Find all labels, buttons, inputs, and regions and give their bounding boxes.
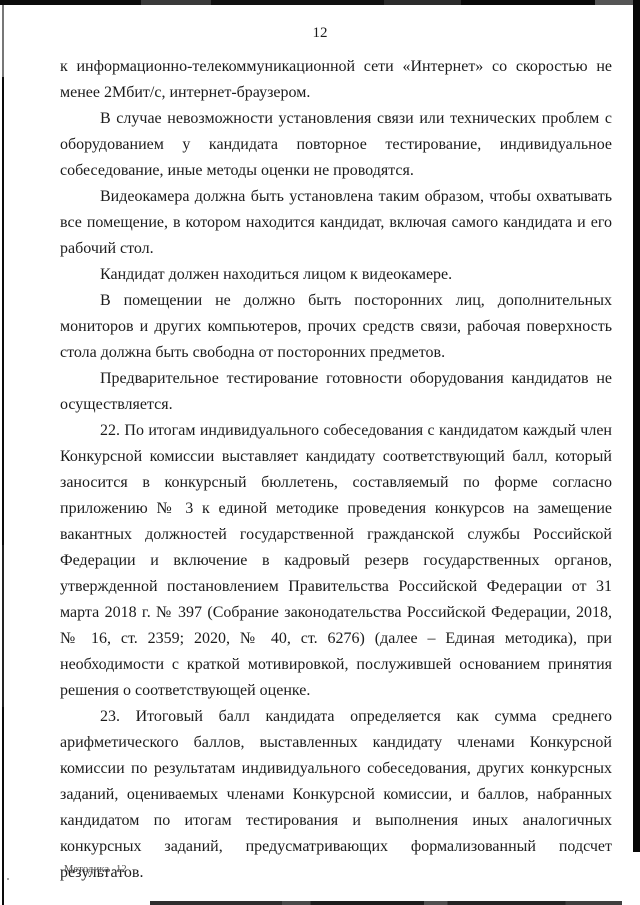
document-body-text: к информационно-телекоммуникационной сет… [60,54,612,886]
scan-edge-top [0,0,640,5]
paragraph: 22. По итогам индивидуального собеседова… [60,418,612,704]
paragraph: В случае невозможности установления связ… [60,106,612,184]
scan-edge-left [2,5,4,905]
scan-speck [7,878,9,880]
page-number: 12 [0,25,640,42]
paragraph: к информационно-телекоммуникационной сет… [60,54,612,106]
paragraph: Видеокамера должна быть установлена таки… [60,184,612,262]
paragraph: Кандидат должен находиться лицом к видео… [60,262,612,288]
paragraph: Предварительное тестирование готовности … [60,366,612,418]
scanned-document-page: 12 к информационно-телекоммуникационной … [0,0,640,905]
paragraph: 23. Итоговый балл кандидата определяется… [60,704,612,886]
scan-edge-right [633,0,640,852]
scan-edge-bottom [150,901,622,905]
page-footer-label: Методика -12 [64,864,127,875]
paragraph: В помещении не должно быть посторонних л… [60,288,612,366]
